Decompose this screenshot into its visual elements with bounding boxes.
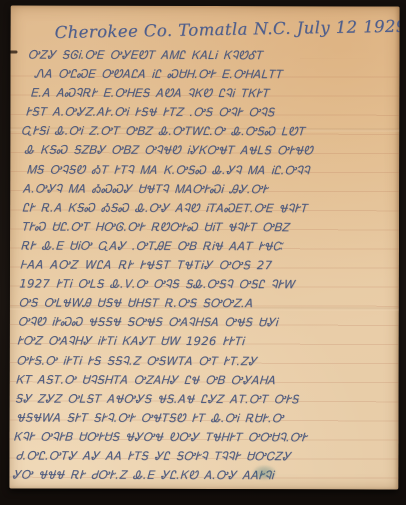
syllabary-line: Ꮷ.ᎤᏝ.ᎤᎢᎽ ᎪᎽ ᎪᎪ ᎨᎢᎦ ᎽᏝ ᎦᎤᎨᎸ ᎢᎸᎸᎨ ᏌᎤᏟᏃᎽ — [12, 446, 386, 466]
syllabary-line: ᎨᎤᏃ ᎤᎪᎸᎻᎽ ᎥᎨᎢᎥ ᏦᎪᎽᎢ ᏌᎳ 1926 ᎨᎨᎢᎥ — [17, 332, 391, 352]
syllabary-line: ᏦᎢ ᎪᎦᎢ.Ꭴ ᏌᎸᎦᎻᎢᎪ ᎤᏃᎪᎻᎽ ᏝᏠ ᎤᏴ ᎤᎽᎪᎻᎪ — [15, 370, 389, 390]
paper-tear — [10, 50, 18, 53]
letter-paper: Cherokee Co. Tomatla N.C. July 12 1929 Ꭴ… — [9, 5, 399, 489]
syllabary-line: ᎽᎤ ᏠᏠᏠ ᎡᎨ ᏧᎤᎨ.Ꮓ Ꮂ.Ꭼ ᎽᏝ.ᏦᏬ Ꭺ.ᎤᎽ ᎪᎪᎨᎸᎥ — [12, 466, 386, 486]
syllabary-line: ᏁᎪ ᎤᏝᏍᎬ ᎤᏬᎪᏝᎪ ᎥᏝ ᏍᏌᎻ.ᎤᎨ Ꭼ.ᎤᎻᎪᏞᎢᎢ — [27, 65, 400, 85]
syllabary-line: ᏩᎨᎦᎥ Ꮂ.ᎤᎥ Ꮓ.ᎤᎢ ᎤᏴᏃ Ꮂ.ᎤᎢᎳᏝ.Ꭴ Ꮂ.ᎤᎦᏍ ᏞᏬᎢ — [21, 122, 399, 142]
syllabary-line: Ꮂ ᏦᎦᏍ ᎦᏃᏴᎽ ᎤᏴᏃ ᎤᎸᏠᏬ ᎥᎽᏦᎤᏠᎢ ᎪᏠᏞᎦ ᎤᎨᏠᏬ — [24, 141, 398, 161]
syllabary-line: 1927 ᎨᎢᎥ ᎤᏞᎦ Ꮂ.Ꮩ.Ꭴ ᎤᎸᎦ ᎦᎲ.ᎤᎦᎸ ᎤᎦᏝ ᎸᎨᎳ — [19, 275, 393, 295]
syllabary-line: Ꭼ.Ꭺ ᎪᏍᎸᎡᎨ Ꭼ.ᎤᎻᎬᎦ ᎪᏬᎪ ᎸᏦᏬ ᏝᎸᎥ ᎢᏦᎨᎢ — [26, 84, 400, 104]
syllabary-line: ᏠᎦᏠᎳᎪ ᎦᎨᎢ ᎦᎨᎸ.ᎤᎨ ᎤᏠᎢᎦᏬ ᎨᎢ Ꮂ.ᎤᎥ ᎡᏌᎨ.Ꭴ — [14, 408, 388, 428]
syllabary-line: Ꭺ.ᎤᎽᎸ ᎷᎪ ᎣᏍᏍᎽ ᏌᏠᎢᎸ ᎷᎪᎤᎨᏍᎥ ᎯᎽ.ᎤᎨ — [23, 179, 397, 199]
syllabary-line: ᎡᎨ Ꮂ.Ꭼ ᏌᎥᎤ ᏩᎪᎽ .ᎤᎢᎯᎬ ᎤᏴ ᎡᎥᏠ ᎪᎪᎢ ᎨᏠᏨ — [20, 236, 394, 256]
syllabary-line: ᎤᎨᎦ.Ꭴ ᎥᎨᎢᎥ ᎨᎦ ᎦᎦᎸ.Ꮓ ᎤᎦᎳᎢᎪ ᎤᎢ ᎨᎢ.ᏃᎽ — [16, 351, 390, 371]
syllabary-line: ᎢᎨᏍ ᏌᏝ.ᎤᎢ ᎻᎤᎶ.ᎤᎨ ᎡᏬᎤᎨᏍ ᏌᎥᎢ ᏠᎸᎨᎢ ᎤᏴᏃ — [21, 217, 395, 237]
syllabary-line: ᎰᎪᎪ ᎪᎤᏃ ᎳᏝᎪ ᎡᎨ ᎨᏠᎦᎢ ᎢᏠᎢᎥᎽ ᎤᎤᎦ 27 — [20, 256, 394, 276]
photo-background: Cherokee Co. Tomatla N.C. July 12 1929 Ꭴ… — [0, 0, 406, 505]
syllabary-line: ᏝᎨ Ꭱ.Ꭺ ᏦᎦᏍ ᎣᎦᏍ Ꮂ.ᎤᎽ ᎪᎸᏬ ᎥᎢᎪᏍᎬᎢ.ᎤᎬ ᏠᎸᎨᎢ — [22, 198, 396, 218]
ink-smudge — [252, 465, 276, 480]
syllabary-line: ᎤᎦ ᎤᏞᏠᎳᎯ ᏌᎦᏠ ᏌᎻᎦᎢ Ꭱ.ᎤᎦ ᎦᎤᎤᏃ.Ꭺ — [18, 294, 392, 314]
syllabary-line: ᎦᎽ ᏃᎽᏃ ᎤᏞᎦᎢ ᎪᏠᎤᎽᎦ ᏠᎦ.ᎪᏠ ᏝᎽᏃ ᎪᎢ.ᎤᎢ ᎤᎨᎦ — [15, 389, 389, 409]
syllabary-line: ᎤᏃᎽ ᎦᎶᎥ.ᎤᎬ ᎤᎽᎬᏬᎢ ᎪᎷᏝ ᏦᎪᏞᎥ ᏦᎸᏬᎴᎢ — [28, 46, 400, 66]
syllabary-line: ᎨᎦᎢ Ꭺ.ᎤᎽᏃ.ᎪᎨ.ᎤᎥ ᎨᎦᏠ ᎨᎢᏃ .ᎤᎦ ᎤᎸᎨ ᎤᎸᎦ — [25, 103, 399, 123]
syllabary-line: ᏦᎸᎨ ᎤᎸᎨᏴ ᏌᎤᎨᏌᎦ ᏠᎽᎤᏠ ᎧᎤᎽ ᎢᏠᎻᎨᎢ ᎤᎤᏌᎸ.ᎤᎨ — [13, 427, 387, 447]
syllabary-line: ᎤᎸᏬ ᎥᎨᏍᏍ ᏠᎦᎦᏠ ᎦᎤᏠᎦ ᎤᎪᎸᎻᎦᎪ ᎤᏠᎦ ᏌᎽᎥ — [18, 313, 392, 333]
letter-header: Cherokee Co. Tomatla N.C. July 12 1929 — [54, 17, 384, 42]
letter-body: ᎤᏃᎽ ᎦᎶᎥ.ᎤᎬ ᎤᎽᎬᏬᎢ ᎪᎷᏝ ᏦᎪᏞᎥ ᏦᎸᏬᎴᎢ ᏁᎪ ᎤᏝᏍᎬ … — [12, 46, 400, 490]
syllabary-line: ᎷᎦ ᎤᎸᎦᏬ ᎣᎢ ᎨᎢᎸ ᎷᎪ Ꮶ.ᎤᎦᏍ Ꮂ.ᎽᎸ ᎷᎪ ᎥᏝ.ᎤᎸᎸ — [23, 160, 397, 180]
